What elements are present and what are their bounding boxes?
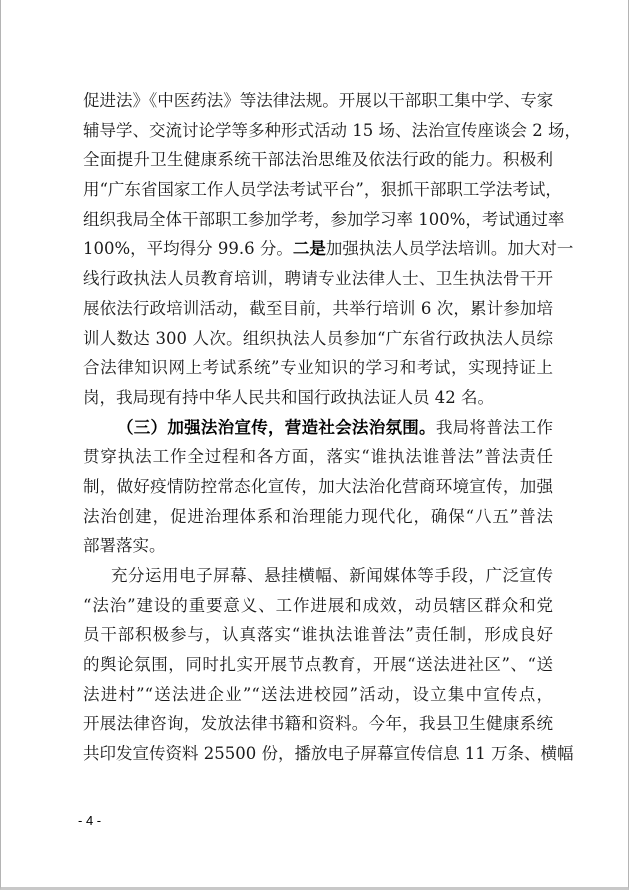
text-line: 开展法律咨询，发放法律书籍和资料。今年，我县卫生健康系统 [83,709,553,739]
text-line: 100%，平均得分 99.6 分。二是加强执法人员学法培训。加大对一 [83,234,553,264]
text-line: 辅导学、交流讨论学等多种形式活动 15 场、法治宣传座谈会 2 场， [83,116,553,146]
text-line: 制，做好疫情防控常态化宣传，加大法治化营商环境宣传，加强 [83,472,553,502]
text-line: 充分运用电子屏幕、悬挂横幅、新闻媒体等手段，广泛宣传 [83,561,553,591]
section-heading-line: （三）加强法治宣传，营造社会法治氛围。我局将普法工作 [83,413,553,443]
text-line: 训人数达 300 人次。组织执法人员参加“广东省行政执法人员综 [83,324,553,354]
document-body: 促进法》《中医药法》等法律法规。开展以干部职工集中学、专家 辅导学、交流讨论学等… [83,86,553,769]
text-line: 全面提升卫生健康系统干部法治思维及依法行政的能力。积极利 [83,145,553,175]
text-segment: 加强执法人员学法培训。加大对一 [326,239,574,258]
text-line: 促进法》《中医药法》等法律法规。开展以干部职工集中学、专家 [83,86,553,116]
text-line: 员干部积极参与，认真落实“谁执法谁普法”责任制，形成良好 [83,620,553,650]
text-line: 线行政执法人员教育培训，聘请专业法律人士、卫生执法骨干开 [83,264,553,294]
page-number: - 4 - [78,813,101,828]
text-line: 法进村”“送法进企业”“送法进校园”活动，设立集中宣传点， [83,680,553,710]
text-line: 法治创建，促进治理体系和治理能力现代化，确保“八五”普法 [83,502,553,532]
text-segment: 我局将普法工作 [436,418,553,437]
section-heading: （三）加强法治宣传，营造社会法治氛围。 [117,418,436,437]
text-line: 贯穿执法工作全过程和各方面，落实“谁执法谁普法”普法责任 [83,442,553,472]
text-line: 岗，我局现有持中华人民共和国行政执法证人员 42 名。 [83,383,553,413]
bold-lead-phrase: 二是 [293,239,326,258]
text-line: 合法律知识网上考试系统”专业知识的学习和考试，实现持证上 [83,353,553,383]
text-line: 共印发宣传资料 25500 份，播放电子屏幕宣传信息 11 万条、横幅 [83,739,553,769]
document-page: 促进法》《中医药法》等法律法规。开展以干部职工集中学、专家 辅导学、交流讨论学等… [0,0,629,890]
text-line: 部署落实。 [83,531,553,561]
text-line: 展依法行政培训活动，截至目前，共举行培训 6 次，累计参加培 [83,294,553,324]
text-line: 用“广东省国家工作人员学法考试平台”，狠抓干部职工学法考试， [83,175,553,205]
text-segment: 100%，平均得分 99.6 分。 [83,239,293,258]
text-line: 组织我局全体干部职工参加学考，参加学习率 100%，考试通过率 [83,205,553,235]
text-line: “法治”建设的重要意义、工作进展和成效，动员辖区群众和党 [83,591,553,621]
text-line: 的舆论氛围，同时扎实开展节点教育，开展“送法进社区”、“送 [83,650,553,680]
